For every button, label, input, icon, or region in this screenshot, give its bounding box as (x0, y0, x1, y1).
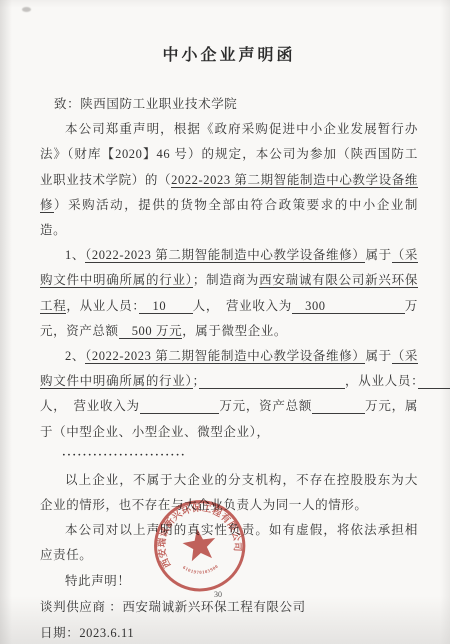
item1-revenue-label: 人， 营业收入为 (193, 299, 292, 313)
item1-tail-text: ，属于微型企业。 (182, 324, 287, 338)
item2-revenue-label: 人， 营业收入为 (40, 399, 140, 413)
item2-manufacturer-blank (199, 374, 345, 389)
paragraph-responsibility: 本公司对以上声明的真实性负责。如有虚假，将依法承担相应责任。 (40, 518, 418, 568)
page-number: 30 (0, 590, 436, 599)
item2-staff-label: ，从业人员： (345, 374, 418, 388)
signature-date-line: 日期：2023.6.11 (40, 621, 418, 644)
item1-revenue-value: 300 (292, 299, 405, 314)
item1-asset-value: 500 万元 (119, 324, 183, 339)
page-title: 中小企业声明函 (40, 46, 418, 66)
item2-asset-blank (312, 399, 365, 414)
item1-manufacturer-label: ；制造商为 (193, 273, 259, 287)
item2-belongs-text: 属于 (365, 349, 391, 363)
supplier-name: 西安瑞诚新兴环保工程有限公司 (122, 600, 305, 614)
item1-number: 1、 (65, 248, 85, 262)
date-label: 日期： (40, 626, 79, 640)
item1-project-underline: （2022-2023 第二期智能制造中心教学设备维修） (85, 248, 365, 263)
item1-belongs-text: 属于 (365, 248, 391, 262)
intro-post-text: ）采购活动，提供的货物全部由符合政策要求的中小企业制造。 (40, 198, 418, 237)
paragraph-no-big-enterprise: 以上企业，不属于大企业的分支机构，不存在控股股东为大企业的情形，也不存在与大企业… (40, 468, 418, 518)
item2-asset-label: 万元，资产总额 (219, 399, 312, 413)
item2-revenue-blank (140, 399, 220, 414)
ellipsis-line: ························ (40, 448, 418, 463)
item1-staff-label: ，从业人员： (66, 299, 139, 313)
supplier-label: 谈判供应商 ： (40, 600, 122, 614)
salutation-line: 致：陕西国防工业职业技术学院 (40, 92, 418, 117)
item1-staff-value: 10 (139, 299, 192, 314)
paragraph-item-1: 1、（2022-2023 第二期智能制造中心教学设备维修）属于（采购文件中明确所… (40, 243, 418, 344)
item2-number: 2、 (65, 349, 85, 363)
item2-project-underline: （2022-2023 第二期智能制造中心教学设备维修） (85, 349, 365, 364)
date-value: 2023.6.11 (79, 626, 134, 640)
paragraph-item-2: 2、（2022-2023 第二期智能制造中心教学设备维修）属于（采购文件中明确所… (40, 344, 418, 445)
paragraph-intro: 本公司郑重声明，根据《政府采购促进中小企业发展暂行办法》（财库【2020】46 … (40, 117, 418, 243)
item2-staff-blank (418, 374, 450, 389)
scan-artifact (22, 7, 31, 12)
document-page: 中小企业声明函 致：陕西国防工业职业技术学院 本公司郑重声明，根据《政府采购促进… (0, 0, 450, 644)
